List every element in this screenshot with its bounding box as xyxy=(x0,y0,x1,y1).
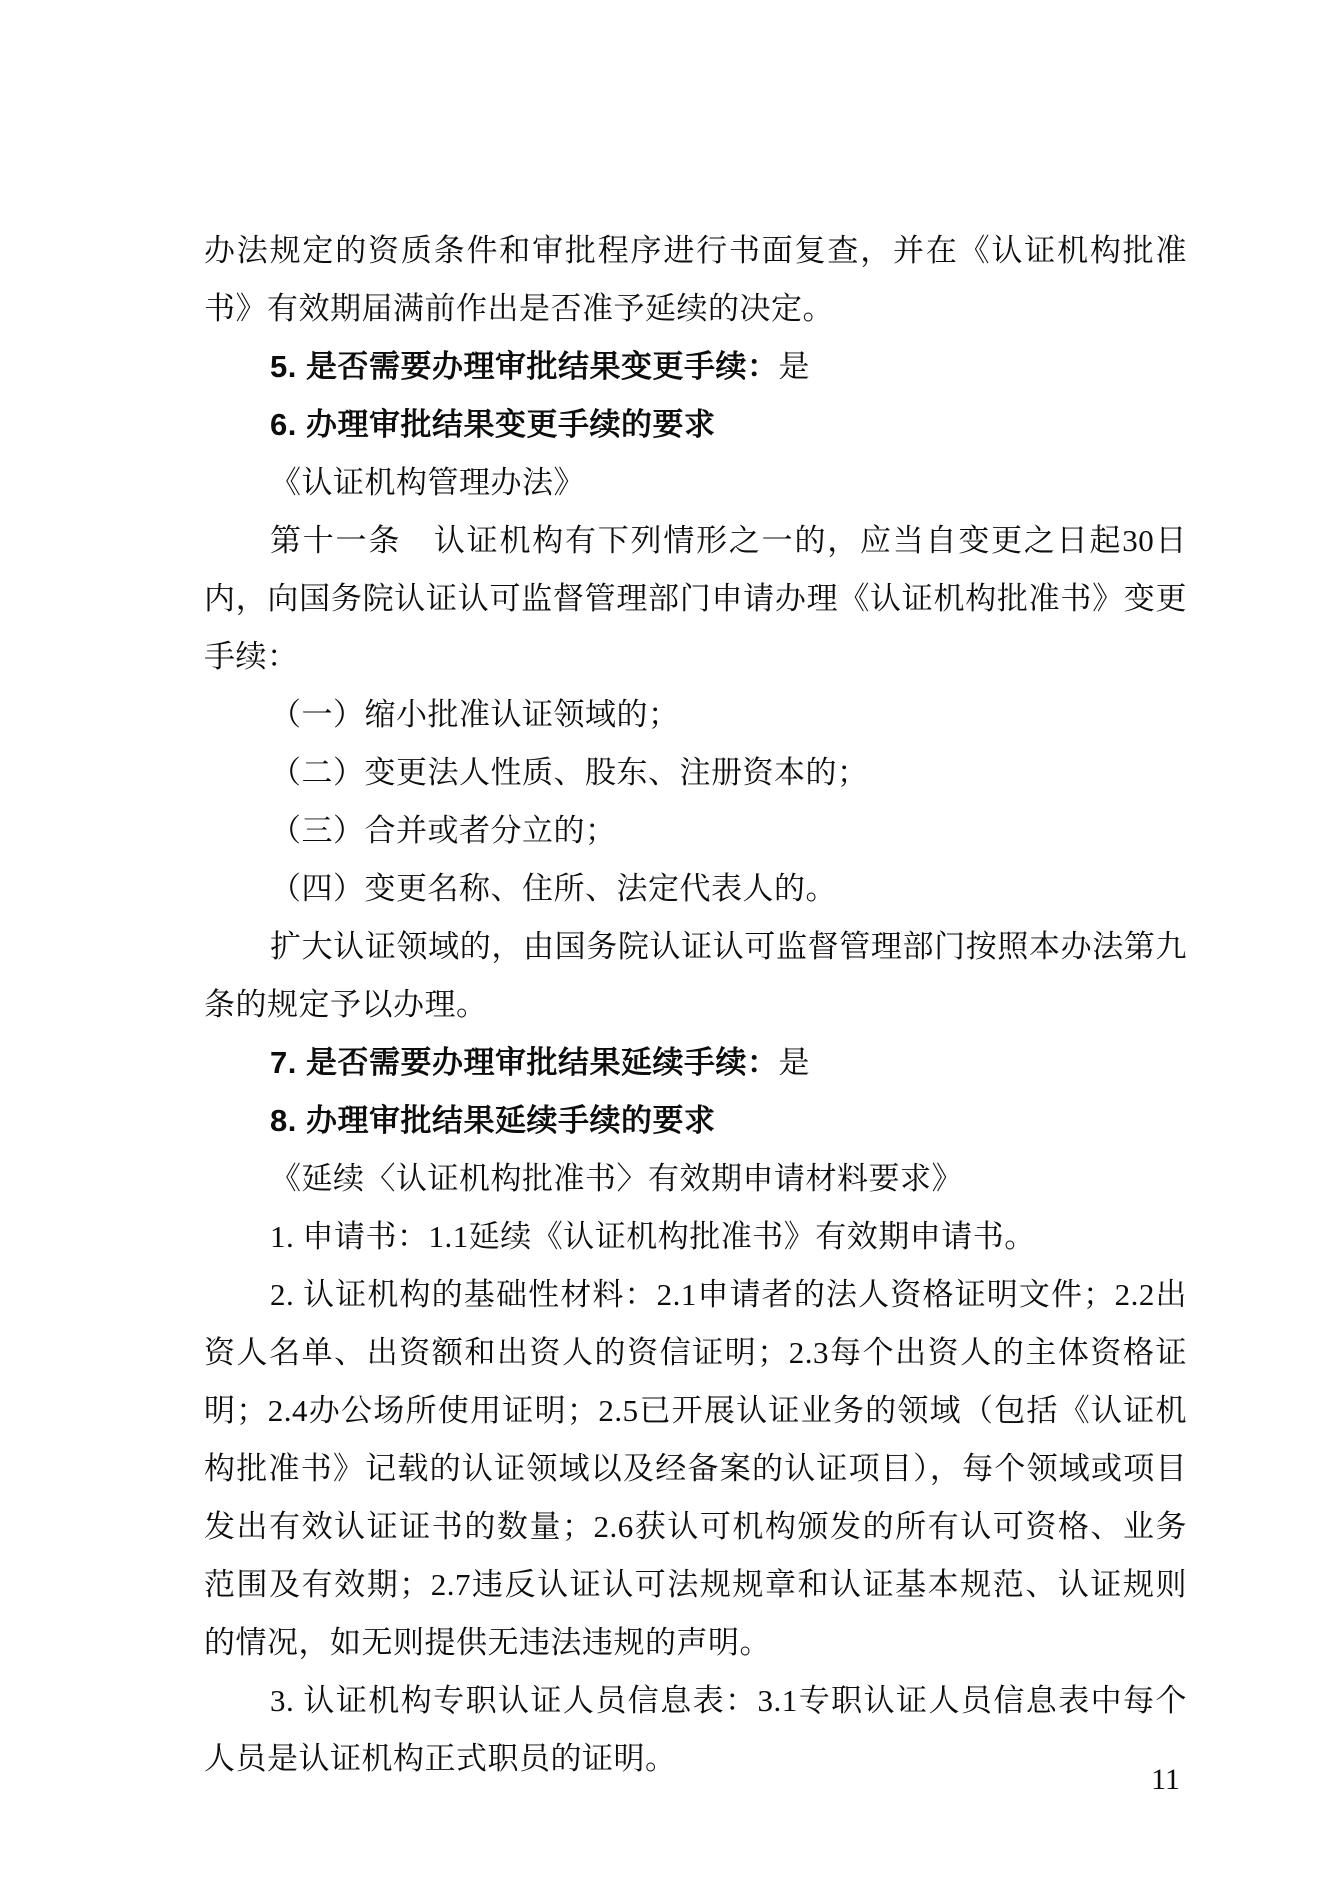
heading-item-8: 8. 办理审批结果延续手续的要求 xyxy=(204,1092,1187,1150)
text-content: 办法规定的资质条件和审批程序进行书面复查，并在《认证机构批准书》有效期届满前作出… xyxy=(204,222,1187,1788)
heading-item-6: 6. 办理审批结果变更手续的要求 xyxy=(204,396,1187,454)
paragraph-continuation: 办法规定的资质条件和审批程序进行书面复查，并在《认证机构批准书》有效期届满前作出… xyxy=(204,222,1187,338)
paragraph-item-4: （四）变更名称、住所、法定代表人的。 xyxy=(204,860,1187,918)
paragraph-item-2: （二）变更法人性质、股东、注册资本的； xyxy=(204,744,1187,802)
heading-item-5-label: 5. 是否需要办理审批结果变更手续： xyxy=(270,349,778,384)
paragraph-item-3: （三）合并或者分立的； xyxy=(204,802,1187,860)
paragraph-regulation-title: 《认证机构管理办法》 xyxy=(204,454,1187,512)
heading-item-7-label: 7. 是否需要办理审批结果延续手续： xyxy=(270,1045,778,1080)
paragraph-material-3: 3. 认证机构专职认证人员信息表：3.1专职认证人员信息表中每个人员是认证机构正… xyxy=(204,1672,1187,1788)
paragraph-material-1: 1. 申请书：1.1延续《认证机构批准书》有效期申请书。 xyxy=(204,1208,1187,1266)
page-number: 11 xyxy=(1151,1765,1180,1795)
paragraph-article-11: 第十一条 认证机构有下列情形之一的，应当自变更之日起30日内，向国务院认证认可监… xyxy=(204,512,1187,686)
paragraph-material-2: 2. 认证机构的基础性材料：2.1申请者的法人资格证明文件；2.2出资人名单、出… xyxy=(204,1266,1187,1672)
heading-item-7: 7. 是否需要办理审批结果延续手续：是 xyxy=(204,1034,1187,1092)
heading-item-5-value: 是 xyxy=(778,349,810,384)
paragraph-renewal-title: 《延续〈认证机构批准书〉有效期申请材料要求》 xyxy=(204,1150,1187,1208)
paragraph-expand-scope: 扩大认证领域的，由国务院认证认可监督管理部门按照本办法第九条的规定予以办理。 xyxy=(204,918,1187,1034)
heading-item-5: 5. 是否需要办理审批结果变更手续：是 xyxy=(204,338,1187,396)
heading-item-7-value: 是 xyxy=(778,1045,810,1080)
paragraph-item-1: （一）缩小批准认证领域的； xyxy=(204,686,1187,744)
document-page: 办法规定的资质条件和审批程序进行书面复查，并在《认证机构批准书》有效期届满前作出… xyxy=(0,0,1339,1890)
heading-item-6-label: 6. 办理审批结果变更手续的要求 xyxy=(270,407,715,442)
heading-item-8-label: 8. 办理审批结果延续手续的要求 xyxy=(270,1103,715,1138)
